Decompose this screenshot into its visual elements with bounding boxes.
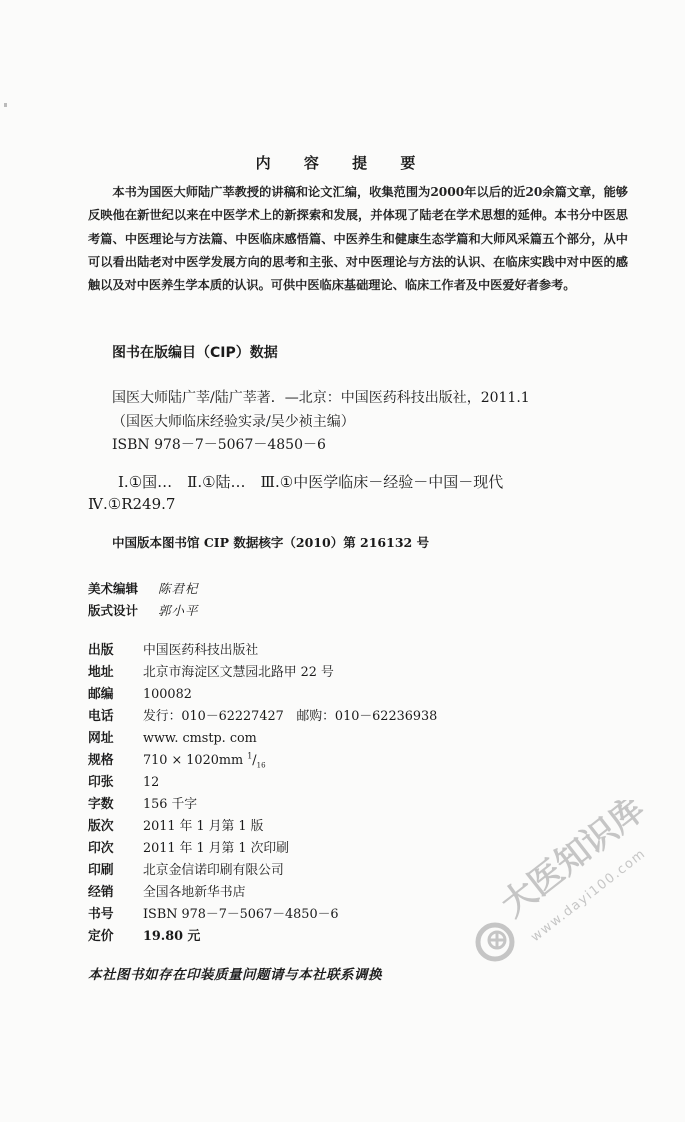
cip-line-isbn: ISBN 978－7－5067－4850－6	[112, 434, 326, 454]
colophon-format: 规格710 × 1020mm 1/16	[88, 749, 266, 769]
watermark: 大医知识库 www.dayi100.com	[465, 800, 685, 970]
colophon-label: 网址	[88, 727, 143, 746]
colophon-publisher: 出版中国医药科技出版社	[88, 639, 258, 659]
colophon-label: 印张	[88, 771, 143, 790]
credit-value: 陈君杞	[158, 581, 199, 596]
credit-value: 郭小平	[158, 603, 199, 618]
colophon-edition: 版次2011 年 1 月第 1 版	[88, 815, 263, 835]
margin-mark	[4, 103, 7, 107]
cip-line-title: 国医大师陆广莘/陆广莘著．—北京：中国医药科技出版社，2011.1	[112, 387, 530, 407]
colophon-value: 全国各地新华书店	[143, 885, 245, 900]
colophon-postcode: 邮编100082	[88, 683, 192, 703]
colophon-label: 版次	[88, 815, 143, 834]
credit-label: 版式设计	[88, 601, 158, 619]
colophon-distributor: 经销全国各地新华书店	[88, 881, 245, 901]
colophon-value: 2011 年 1 月第 1 次印刷	[143, 841, 289, 856]
colophon-label: 地址	[88, 661, 143, 680]
colophon-value: 2011 年 1 月第 1 版	[143, 819, 263, 834]
colophon-label: 印次	[88, 837, 143, 856]
colophon-printing: 印次2011 年 1 月第 1 次印刷	[88, 837, 289, 857]
watermark-logo-icon: 大医知识库 www.dayi100.com	[465, 800, 685, 970]
colophon-label: 邮编	[88, 683, 143, 702]
colophon-label: 印刷	[88, 859, 143, 878]
colophon-label: 定价	[88, 925, 143, 944]
colophon-label: 书号	[88, 903, 143, 922]
colophon-value: 19.80 元	[143, 929, 200, 944]
fraction-numerator: 1	[247, 752, 252, 761]
colophon-value: ISBN 978－7－5067－4850－6	[143, 907, 339, 922]
colophon-value: 710 × 1020mm	[143, 753, 243, 768]
colophon-value: 中国医药科技出版社	[143, 643, 258, 658]
colophon-label: 电话	[88, 705, 143, 724]
colophon-word-count: 字数156 千字	[88, 793, 197, 813]
colophon-isbn: 书号ISBN 978－7－5067－4850－6	[88, 903, 339, 923]
quality-notice: 本社图书如存在印装质量问题请与本社联系调换	[88, 963, 382, 983]
summary-paragraph: 本书为国医大师陆广莘教授的讲稿和论文汇编，收集范围为2000年以后的近20余篇文…	[88, 181, 628, 297]
colophon-value: 100082	[143, 687, 192, 702]
summary-text: 本书为国医大师陆广莘教授的讲稿和论文汇编，收集范围为2000年以后的近20余篇文…	[88, 181, 628, 297]
colophon-printer: 印刷北京金信诺印刷有限公司	[88, 859, 284, 879]
colophon-address: 地址北京市海淀区文慧园北路甲 22 号	[88, 661, 334, 681]
cip-heading: 图书在版编目（CIP）数据	[112, 342, 278, 362]
colophon-sheets: 印张12	[88, 771, 159, 791]
colophon-value: 发行：010－62227427 邮购：010－62236938	[143, 709, 437, 724]
colophon-phone: 电话发行：010－62227427 邮购：010－62236938	[88, 705, 437, 725]
colophon-label: 规格	[88, 749, 143, 768]
summary-title: 内 容 提 要	[0, 152, 685, 173]
colophon-value: www. cmstp. com	[143, 731, 257, 746]
format-fraction: 1/16	[243, 753, 265, 768]
colophon-website: 网址www. cmstp. com	[88, 727, 257, 747]
colophon-label: 经销	[88, 881, 143, 900]
colophon-value: 156 千字	[143, 797, 197, 812]
fraction-denominator: 16	[257, 762, 266, 770]
colophon-value: 12	[143, 775, 159, 790]
colophon-price: 定价19.80 元	[88, 925, 200, 945]
credit-label: 美术编辑	[88, 579, 158, 597]
cip-line-series: （国医大师临床经验实录/吴少祯主编）	[112, 411, 355, 431]
colophon-value: 北京金信诺印刷有限公司	[143, 863, 284, 878]
credit-art-editor: 美术编辑陈君杞	[88, 579, 199, 597]
cip-classification-2: Ⅳ.①R249.7	[88, 495, 175, 513]
cip-record-number: 中国版本图书馆 CIP 数据核字（2010）第 216132 号	[112, 533, 429, 551]
colophon-label: 字数	[88, 793, 143, 812]
colophon-label: 出版	[88, 639, 143, 658]
cip-classification-1: Ⅰ.①国… Ⅱ.①陆… Ⅲ.①中医学临床－经验－中国－现代	[118, 471, 503, 492]
colophon-value: 北京市海淀区文慧园北路甲 22 号	[143, 665, 334, 680]
credit-layout-designer: 版式设计郭小平	[88, 601, 199, 619]
